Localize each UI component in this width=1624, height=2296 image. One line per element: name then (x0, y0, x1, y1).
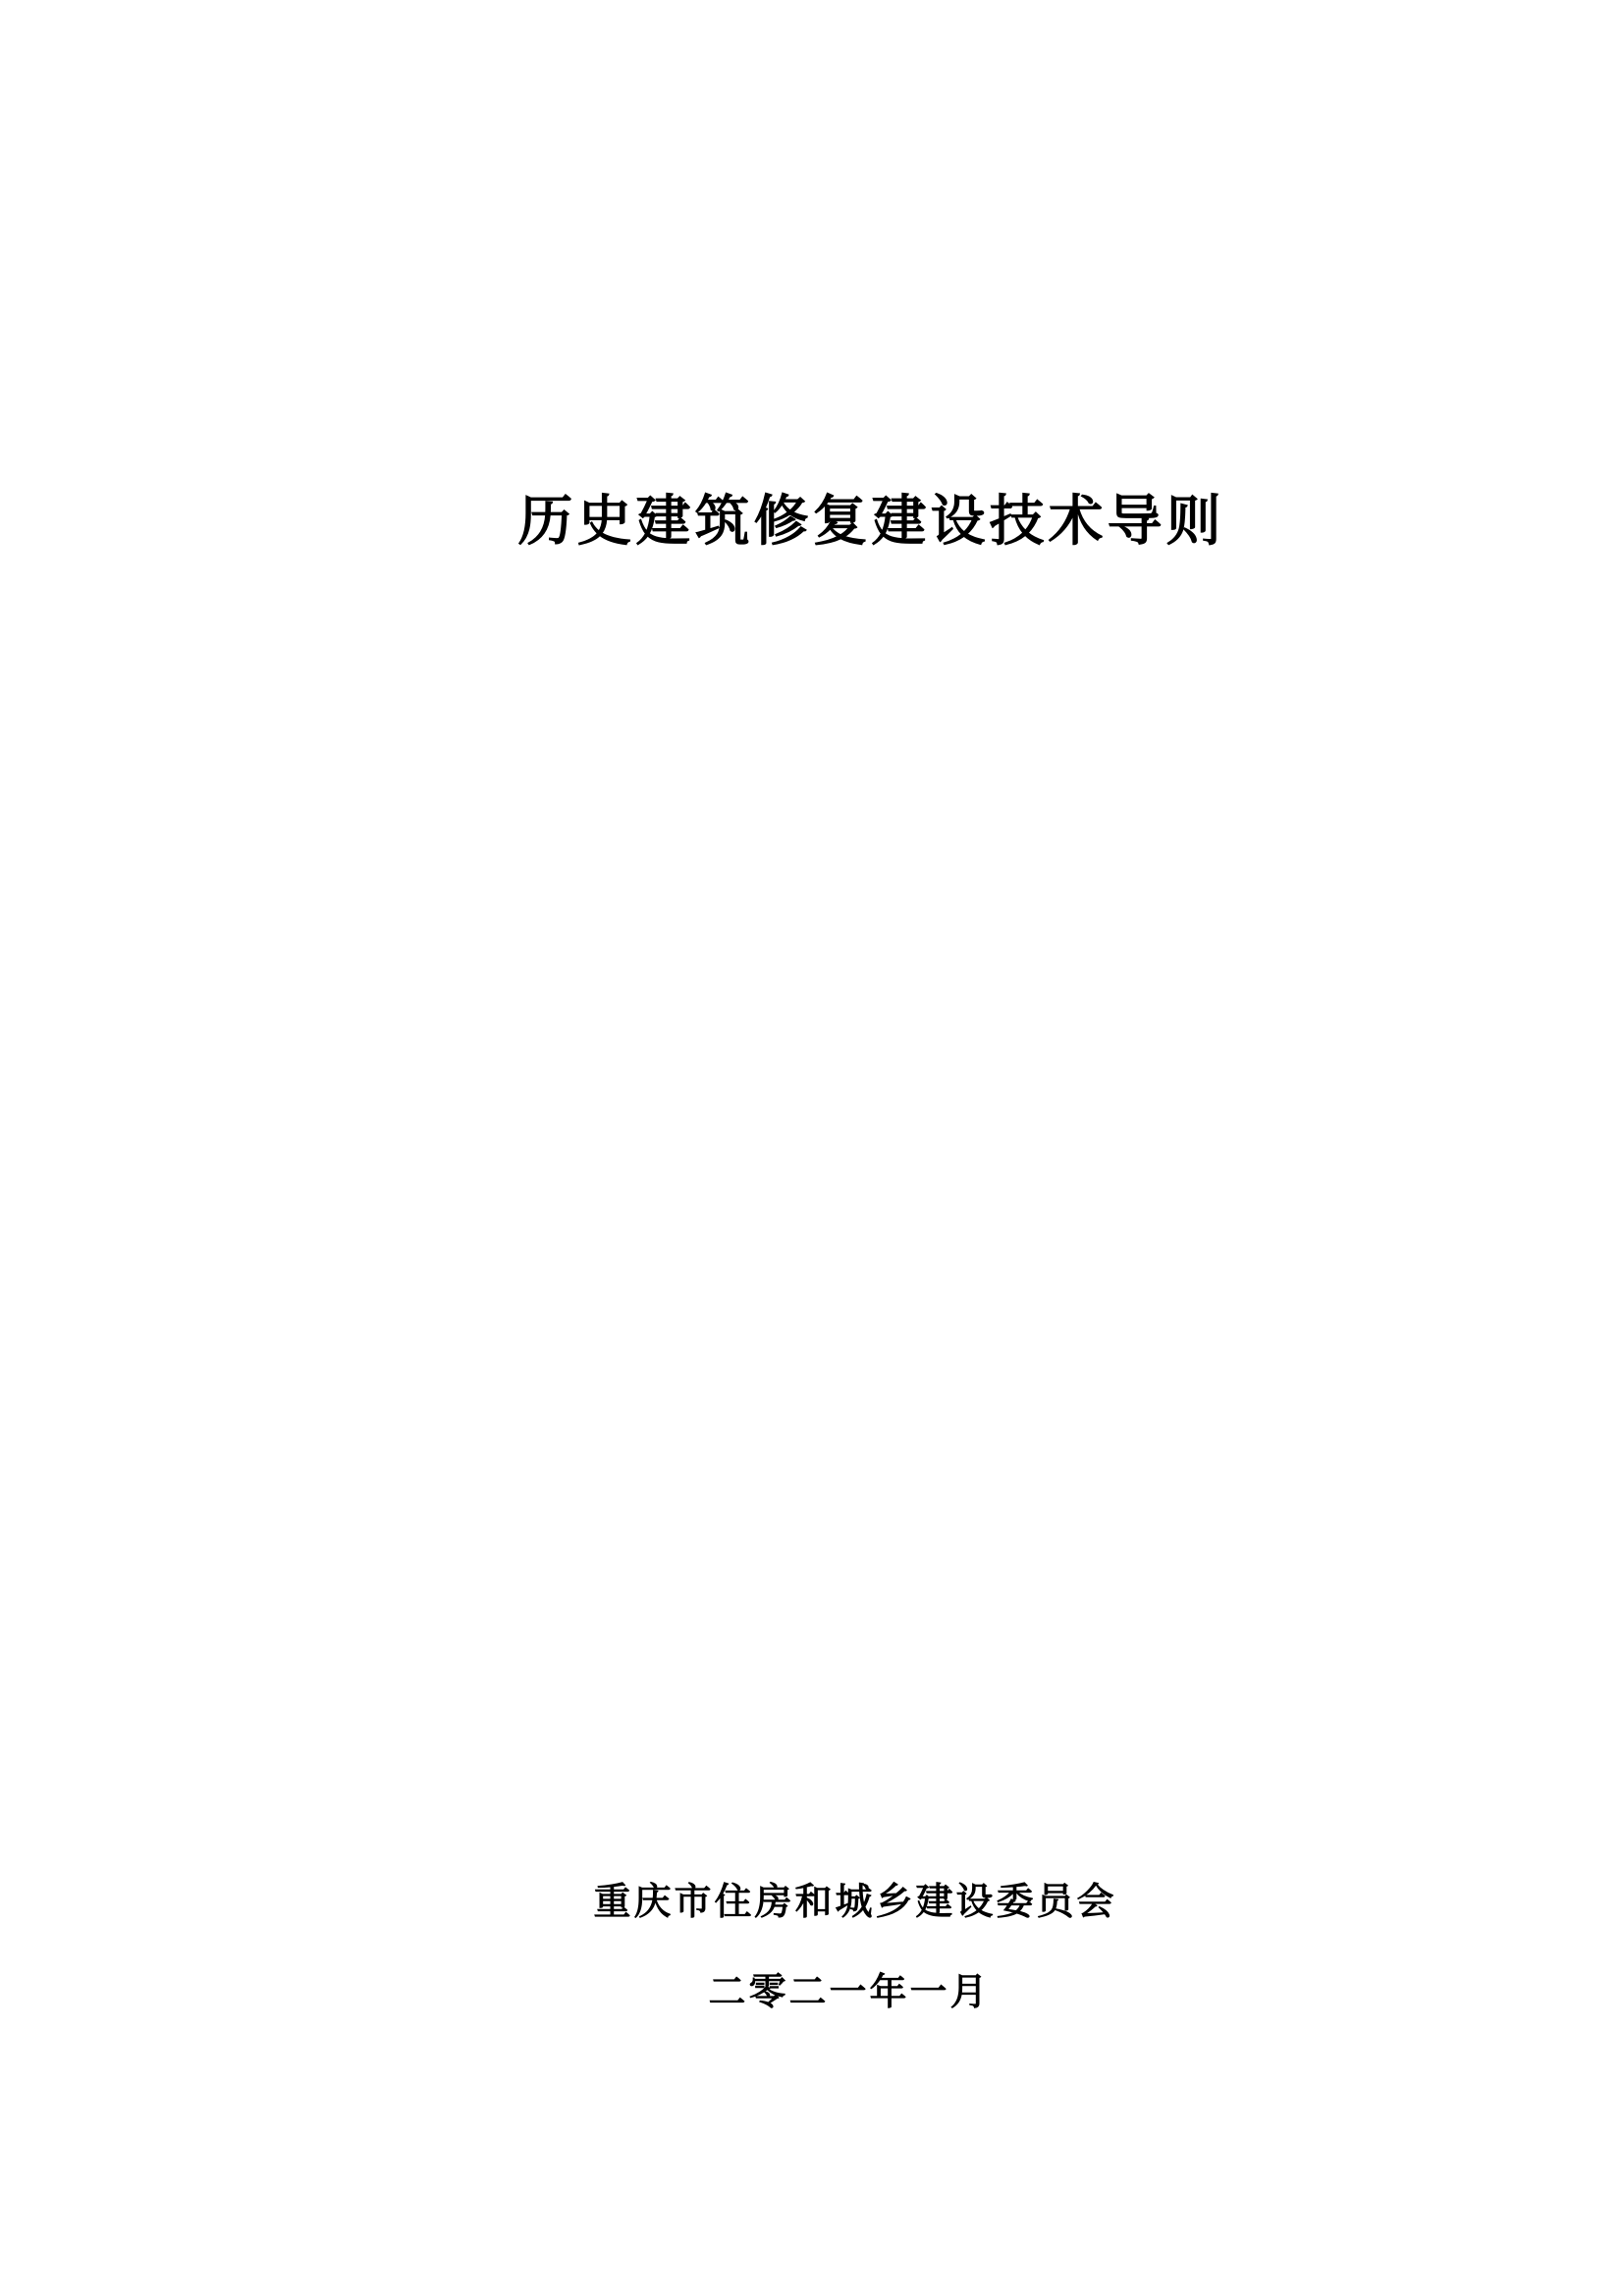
issuing-authority: 重庆市住房和城乡建设委员会 (0, 1877, 1624, 1926)
document-cover-page: 历史建筑修复建设技术导则 重庆市住房和城乡建设委员会 二零二一年一月 (0, 0, 1624, 2296)
publication-date: 二零二一年一月 (0, 1967, 1624, 2016)
document-title: 历史建筑修复建设技术导则 (506, 487, 1237, 558)
